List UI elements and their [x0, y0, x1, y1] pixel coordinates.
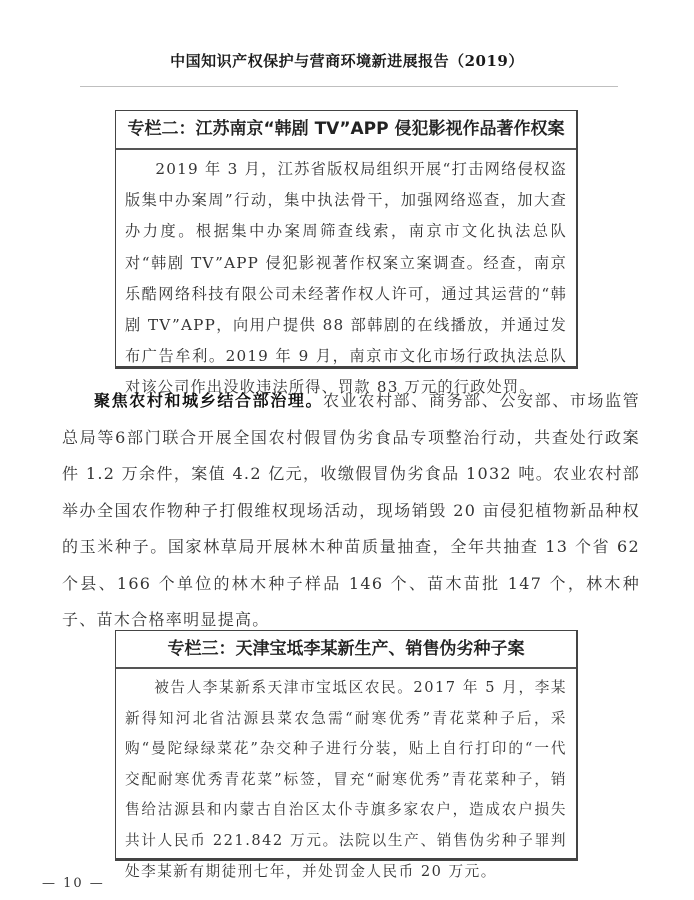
case-box-2: 专栏二：江苏南京“韩剧 TV”APP 侵犯影视作品著作权案 2019 年 3 月… [115, 110, 578, 369]
case-box-2-title: 专栏二：江苏南京“韩剧 TV”APP 侵犯影视作品著作权案 [116, 111, 576, 150]
case-box-3-body: 被告人李某新系天津市宝坻区农民。2017 年 5 月，李某新得知河北省沽源县菜农… [116, 669, 576, 893]
case-box-2-text: 2019 年 3 月，江苏省版权局组织开展“打击网络侵权盗版集中办案周”行动，集… [125, 154, 567, 404]
case-box-3-text: 被告人李某新系天津市宝坻区农民。2017 年 5 月，李某新得知河北省沽源县菜农… [125, 673, 567, 887]
case-box-3: 专栏三：天津宝坻李某新生产、销售伪劣种子案 被告人李某新系天津市宝坻区农民。20… [115, 630, 578, 861]
paragraph-body: 农业农村部、商务部、公安部、市场监管总局等6部门联合开展全国农村假冒伪劣食品专项… [62, 391, 640, 629]
running-header-title: 中国知识产权保护与营商环境新进展报告（2019） [0, 50, 694, 71]
main-paragraph: 聚焦农村和城乡结合部治理。农业农村部、商务部、公安部、市场监管总局等6部门联合开… [62, 383, 640, 639]
page-number: — 10 — [42, 876, 105, 891]
main-paragraph-text: 聚焦农村和城乡结合部治理。农业农村部、商务部、公安部、市场监管总局等6部门联合开… [62, 383, 640, 639]
header-divider [80, 86, 618, 87]
case-box-3-title: 专栏三：天津宝坻李某新生产、销售伪劣种子案 [116, 631, 576, 669]
paragraph-lead-heading: 聚焦农村和城乡结合部治理。 [94, 391, 323, 410]
case-box-2-body: 2019 年 3 月，江苏省版权局组织开展“打击网络侵权盗版集中办案周”行动，集… [116, 150, 576, 410]
